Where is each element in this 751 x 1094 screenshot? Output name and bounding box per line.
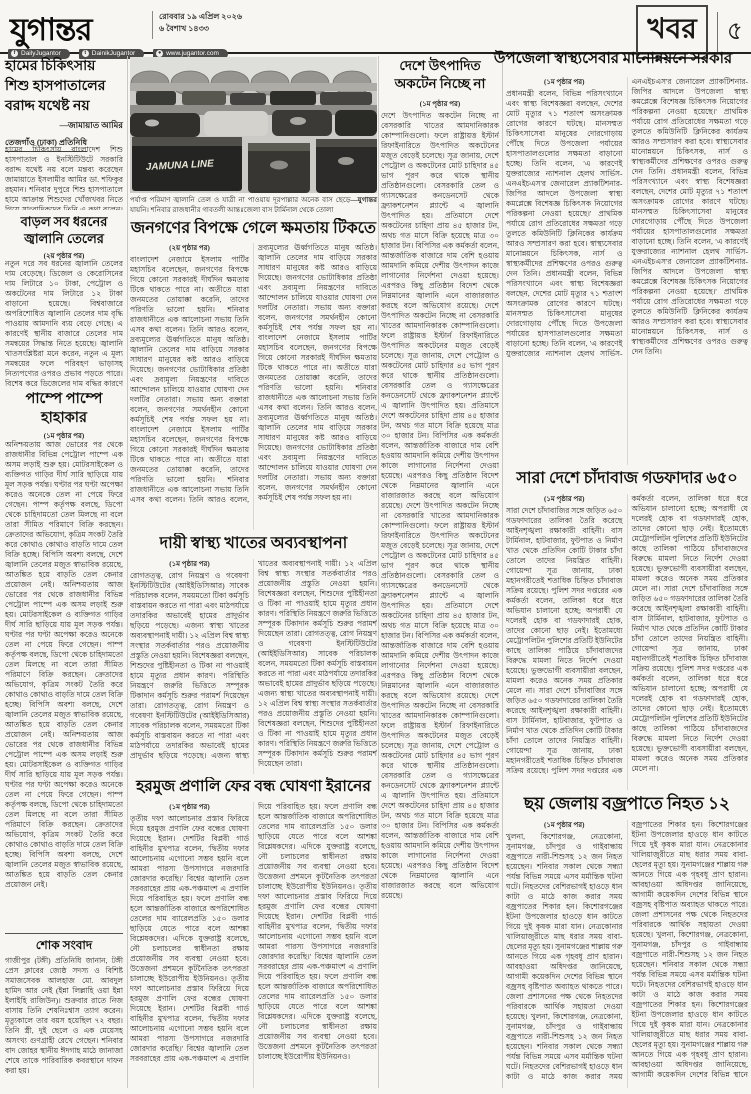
article-body-upazila: (১ম পৃষ্ঠার পর)প্রধানমন্ত্রী বলেন, বিভিন…: [506, 77, 748, 465]
article-text: তৃতীয় দফা আলোচনার প্রস্তাব ফিরিয়ে দিয়…: [130, 802, 377, 1063]
headline-measles: হামের চিকিৎসায় শিশু হাসপাতালের বরাদ্দ য…: [5, 57, 123, 117]
headline-power: জনগণের বিপক্ষে গেলে ক্ষমতায় টিকতে: [130, 218, 377, 239]
article-body-fuel-price: নতুন দরে সব ধরনের জ্বালানি তেলের দাম বেড…: [5, 259, 123, 386]
continuation-note: (১ম পৃষ্ঠার পর): [506, 820, 623, 830]
headline-lightning: ছয় জেলায় বজ্রপাতে নিহত ১২: [506, 793, 748, 815]
photo-caption-text: পর্যাপ্ত পরিমাণ জ্বালানি তেল ও যাত্রী না…: [130, 196, 351, 214]
continuation-note: (১ম পৃষ্ঠার পর): [130, 802, 249, 812]
headline-fuel-price: বাড়ল সব ধরনের জ্বালানি তেলের: [5, 213, 123, 247]
article-body-pump: অনিশ্চয়তায় আজ ভোরের পর থেকে রাজধানীর ব…: [5, 440, 123, 930]
headline-upazila: উপজেলা স্বাস্থ্যসেবার মানোন্নয়নে সরকার: [477, 50, 749, 70]
article-body-health-blame: (১ম পৃষ্ঠার পর)রোগতত্ত্ব, রোগ নিয়ন্ত্রণ…: [130, 559, 377, 774]
headline-extortion: সারা দেশে চাঁদাবাজ গডফাদার ৬৫০: [506, 468, 748, 489]
article-text: প্রধানমন্ত্রী বলেন, বিভিন্ন পরিসংখ্যানে …: [506, 77, 748, 358]
article-text: বাংলাদেশ নেজামে ইসলাম পার্টির মহাসচিব বল…: [130, 243, 377, 504]
date-bangla: ৬ বৈশাখ ১৪৩৩: [159, 23, 242, 35]
newspaper-page: যুগান্তর রোববার ১৯ এপ্রিল ২০২৬ ৬ বৈশাখ ১…: [0, 0, 751, 1094]
continuation-note: (২য় পৃষ্ঠার পর): [130, 243, 249, 253]
column-rule: [502, 56, 503, 1088]
twitter-icon: t: [82, 50, 89, 57]
headline-health-blame: দায়ী স্বাস্থ্য খাতের অব্যবস্থাপনা: [130, 533, 377, 554]
article-body-hormuz: (১ম পৃষ্ঠার পর)তৃতীয় দফা আলোচনার প্রস্ত…: [130, 802, 377, 1088]
bus-terminal-illustration: JAMUNA LINE: [130, 57, 377, 193]
article-body-measles: হামের চিকিৎসায় বাংলাদেশ শিশু হাসপাতাল ও…: [5, 145, 123, 210]
article-text: সারা দেশে চাঁদাবাজির সঙ্গে জড়িত ৬৫০ গডফ…: [506, 494, 748, 775]
social-label: DailyJugantor: [21, 50, 61, 57]
photo-caption: —যুগান্তরপর্যাপ্ত পরিমাণ জ্বালানি তেল ও …: [130, 196, 377, 216]
social-label: DainikJugantor: [92, 50, 135, 57]
continuation-note: (১ম পৃষ্ঠার পর): [381, 99, 499, 109]
section-divider: [717, 12, 718, 52]
continuation-note: (১ম পৃষ্ঠার পর): [506, 494, 623, 504]
article-body-lightning: (১ম পৃষ্ঠার পর)খুলনা, কিশোরগঞ্জ, নেত্রকো…: [506, 820, 748, 1088]
news-photo-bus-terminal: JAMUNA LINE: [130, 57, 377, 193]
headline-obituary: শোক সংবাদ: [5, 933, 123, 954]
article-text: রোগতত্ত্ব, রোগ নিয়ন্ত্রণ ও গবেষণা ইনস্ট…: [130, 559, 377, 768]
headline-hormuz: হরমুজ প্রণালি ফের বন্ধ ঘোষণা ইরানের: [130, 777, 377, 797]
continuation-note: (১ম পৃষ্ঠার পর): [506, 77, 623, 87]
facebook-icon: f: [11, 50, 18, 57]
headline-pump: পাম্পে পাম্পে হাহাকার: [5, 390, 123, 428]
continuation-note: (১ম পৃষ্ঠার পর): [130, 559, 249, 569]
article-text: দেশে উৎপাদিত অকটেন নিচ্ছে না বেসরকারি খা…: [381, 111, 499, 900]
photo-credit: —যুগান্তর: [351, 196, 377, 206]
byline-measles: —জামায়াত আমির: [5, 119, 123, 133]
article-body-octane: (১ম পৃষ্ঠার পর)দেশে উৎপাদিত অকটেন নিচ্ছে…: [381, 99, 499, 1088]
date-gregorian: রোববার ১৯ এপ্রিল ২০২৬: [159, 11, 242, 23]
column-rule: [378, 56, 379, 1088]
masthead-divider: [152, 11, 153, 39]
article-body-extortion: (১ম পৃষ্ঠার পর)সারা দেশে চাঁদাবাজির সঙ্গ…: [506, 494, 748, 790]
globe-icon: ●: [156, 50, 163, 57]
article-body-obituary: গাজীপুর (টঙ্গী) প্রতিনিধি জানান, টঙ্গী প…: [5, 956, 123, 1088]
article-text: খুলনা, কিশোরগঞ্জ, নেত্রকোনা, সুনামগঞ্জ, …: [506, 820, 748, 1081]
page-number: ৫: [727, 11, 743, 54]
masthead: যুগান্তর রোববার ১৯ এপ্রিল ২০২৬ ৬ বৈশাখ ১…: [0, 0, 751, 54]
column-rule: [127, 56, 128, 1088]
social-label: www.jugantor.com: [166, 50, 219, 57]
article-body-power: (২য় পৃষ্ঠার পর)বাংলাদেশ নেজামে ইসলাম পা…: [130, 243, 377, 530]
masthead-dates: রোববার ১৯ এপ্রিল ২০২৬ ৬ বৈশাখ ১৪৩৩: [159, 11, 242, 36]
